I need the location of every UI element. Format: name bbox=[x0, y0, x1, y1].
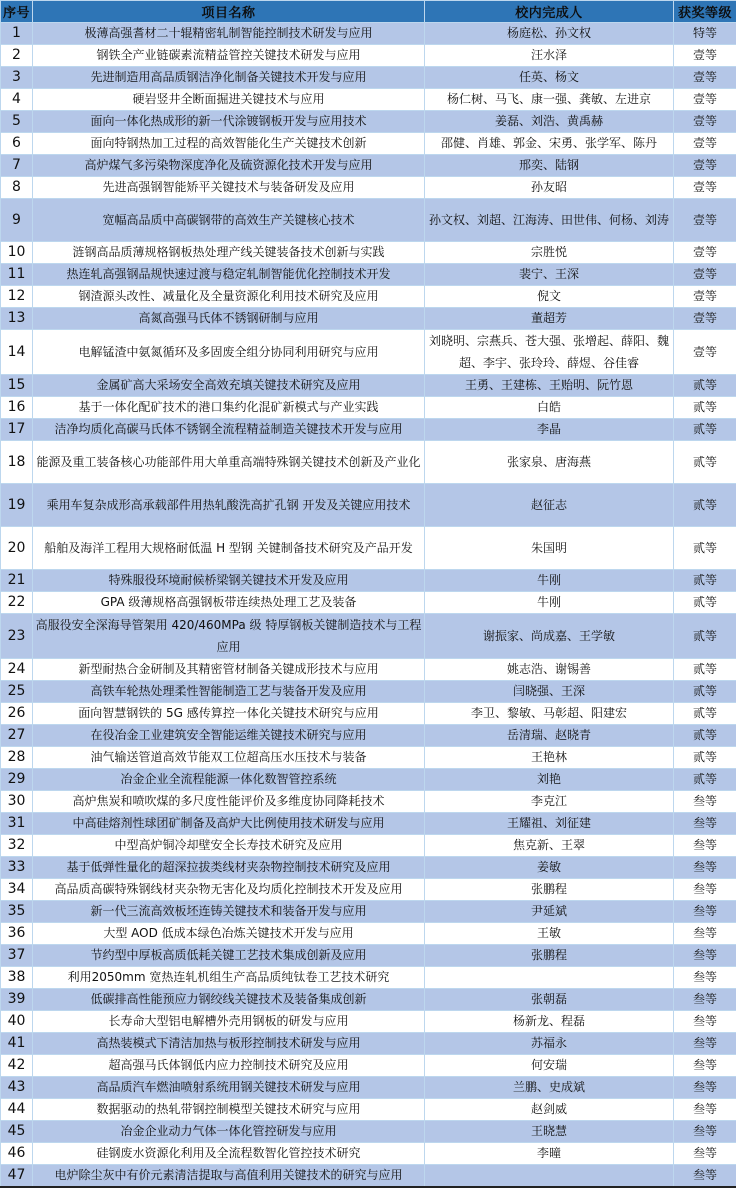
cell-project-name: GPA 级薄规格高强钢板带连续热处理工艺及装备 bbox=[33, 592, 425, 614]
cell-project-name: 高服役安全深海导管架用 420/460MPa 级 特厚钢板关键制造技术与工程应用 bbox=[33, 614, 425, 659]
cell-award-level: 贰等 bbox=[674, 747, 736, 769]
cell-completers: 王艳林 bbox=[425, 747, 674, 769]
table-body: 1极薄高强耆材二十辊精密轧制智能控制技术研发与应用杨庭松、孙文权特等2钢铁全产业… bbox=[1, 23, 736, 1188]
cell-no: 37 bbox=[1, 945, 33, 967]
table-row: 29冶金企业全流程能源一体化数智管控系统刘艳贰等 bbox=[1, 769, 736, 791]
cell-project-name: 面向智慧钢铁的 5G 感传算控一体化关键技术研究与应用 bbox=[33, 703, 425, 725]
table-row: 34高品质高碳特殊钢线材夹杂物无害化及均质化控制技术开发及应用张鹏程叁等 bbox=[1, 879, 736, 901]
cell-completers: 邵健、肖雄、郭金、宋勇、张学军、陈丹 bbox=[425, 133, 674, 155]
cell-completers: 白皓 bbox=[425, 397, 674, 419]
cell-no: 16 bbox=[1, 397, 33, 419]
cell-award-level: 壹等 bbox=[674, 155, 736, 177]
cell-award-level: 特等 bbox=[674, 23, 736, 45]
cell-no: 3 bbox=[1, 67, 33, 89]
cell-no: 31 bbox=[1, 813, 33, 835]
table-row: 1极薄高强耆材二十辊精密轧制智能控制技术研发与应用杨庭松、孙文权特等 bbox=[1, 23, 736, 45]
cell-award-level: 贰等 bbox=[674, 484, 736, 527]
cell-award-level: 贰等 bbox=[674, 397, 736, 419]
cell-award-level: 叁等 bbox=[674, 1055, 736, 1077]
table-row: 17洁净均质化高碳马氏体不锈钢全流程精益制造关键技术开发与应用李晶贰等 bbox=[1, 419, 736, 441]
cell-project-name: 洁净均质化高碳马氏体不锈钢全流程精益制造关键技术开发与应用 bbox=[33, 419, 425, 441]
cell-completers: 张家泉、唐海燕 bbox=[425, 441, 674, 484]
cell-no: 8 bbox=[1, 177, 33, 199]
header-no: 序号 bbox=[1, 1, 33, 23]
cell-project-name: 高品质高碳特殊钢线材夹杂物无害化及均质化控制技术开发及应用 bbox=[33, 879, 425, 901]
cell-completers: 牛刚 bbox=[425, 570, 674, 592]
cell-completers: 任英、杨文 bbox=[425, 67, 674, 89]
cell-no: 5 bbox=[1, 111, 33, 133]
table-row: 5面向一体化热成形的新一代涂镀钢板开发与应用技术姜磊、刘浩、黄禹赫壹等 bbox=[1, 111, 736, 133]
cell-project-name: 面向特钢热加工过程的高效智能化生产关键技术创新 bbox=[33, 133, 425, 155]
cell-no: 13 bbox=[1, 308, 33, 330]
cell-completers: 汪水泽 bbox=[425, 45, 674, 67]
cell-completers: 赵剑威 bbox=[425, 1099, 674, 1121]
table-row: 20船舶及海洋工程用大规格耐低温 H 型钢 关键制备技术研究及产品开发朱国明贰等 bbox=[1, 527, 736, 570]
cell-completers: 焦克新、王翠 bbox=[425, 835, 674, 857]
header-name: 项目名称 bbox=[33, 1, 425, 23]
cell-no: 30 bbox=[1, 791, 33, 813]
table-row: 7高炉煤气多污染物深度净化及硫资源化技术开发与应用邢奕、陆钢壹等 bbox=[1, 155, 736, 177]
cell-completers: 刘晓明、宗燕兵、苍大强、张增起、薛阳、魏超、李宇、张玲玲、薛煜、谷佳睿 bbox=[425, 330, 674, 375]
table-row: 31中高硅熔剂性球团矿制备及高炉大比例使用技术研发与应用王耀祖、刘征建叁等 bbox=[1, 813, 736, 835]
cell-project-name: 极薄高强耆材二十辊精密轧制智能控制技术研发与应用 bbox=[33, 23, 425, 45]
table-row: 26面向智慧钢铁的 5G 感传算控一体化关键技术研究与应用李卫、黎敏、马彰超、阳… bbox=[1, 703, 736, 725]
cell-award-level: 叁等 bbox=[674, 923, 736, 945]
cell-project-name: 硬岩竖井全断面掘进关键技术与应用 bbox=[33, 89, 425, 111]
cell-completers: 尹延斌 bbox=[425, 901, 674, 923]
cell-project-name: 节约型中厚板高质低耗关键工艺技术集成创新及应用 bbox=[33, 945, 425, 967]
table-row: 38利用2050mm 宽热连轧机组生产高品质纯钛卷工艺技术研究叁等 bbox=[1, 967, 736, 989]
cell-completers bbox=[425, 1165, 674, 1188]
cell-no: 24 bbox=[1, 659, 33, 681]
cell-completers: 谢振家、尚成嘉、王学敏 bbox=[425, 614, 674, 659]
cell-completers: 张鹏程 bbox=[425, 945, 674, 967]
cell-project-name: 面向一体化热成形的新一代涂镀钢板开发与应用技术 bbox=[33, 111, 425, 133]
cell-project-name: 利用2050mm 宽热连轧机组生产高品质纯钛卷工艺技术研究 bbox=[33, 967, 425, 989]
cell-completers: 李曈 bbox=[425, 1143, 674, 1165]
cell-award-level: 壹等 bbox=[674, 45, 736, 67]
table-row: 36大型 AOD 低成本绿色冶炼关键技术开发与应用王敏叁等 bbox=[1, 923, 736, 945]
cell-award-level: 贰等 bbox=[674, 703, 736, 725]
cell-completers: 何安瑞 bbox=[425, 1055, 674, 1077]
cell-completers: 宗胜悦 bbox=[425, 242, 674, 264]
table-row: 37节约型中厚板高质低耗关键工艺技术集成创新及应用张鹏程叁等 bbox=[1, 945, 736, 967]
cell-no: 36 bbox=[1, 923, 33, 945]
cell-completers: 倪文 bbox=[425, 286, 674, 308]
cell-completers: 王耀祖、刘征建 bbox=[425, 813, 674, 835]
cell-no: 44 bbox=[1, 1099, 33, 1121]
cell-completers: 王晓慧 bbox=[425, 1121, 674, 1143]
cell-project-name: 低碳排高性能预应力钢绞线关键技术及装备集成创新 bbox=[33, 989, 425, 1011]
cell-award-level: 壹等 bbox=[674, 308, 736, 330]
table-row: 42超高强马氏体钢低内应力控制技术研究及应用何安瑞叁等 bbox=[1, 1055, 736, 1077]
cell-no: 11 bbox=[1, 264, 33, 286]
table-row: 45冶金企业动力气体一体化管控研发与应用王晓慧叁等 bbox=[1, 1121, 736, 1143]
cell-project-name: 冶金企业动力气体一体化管控研发与应用 bbox=[33, 1121, 425, 1143]
table-row: 8先进高强钢智能矫平关键技术与装备研发及应用孙友昭壹等 bbox=[1, 177, 736, 199]
cell-project-name: 高炉焦炭和喷吹煤的多尺度性能评价及多维度协同降耗技术 bbox=[33, 791, 425, 813]
cell-award-level: 叁等 bbox=[674, 1099, 736, 1121]
cell-project-name: 大型 AOD 低成本绿色冶炼关键技术开发与应用 bbox=[33, 923, 425, 945]
cell-no: 35 bbox=[1, 901, 33, 923]
cell-project-name: 电炉除尘灰中有价元素清洁提取与高值利用关键技术的研究与应用 bbox=[33, 1165, 425, 1188]
cell-completers: 姚志浩、谢锡善 bbox=[425, 659, 674, 681]
cell-award-level: 贰等 bbox=[674, 570, 736, 592]
table-row: 41高热装模式下清洁加热与板形控制技术研发与应用苏福永叁等 bbox=[1, 1033, 736, 1055]
cell-project-name: 涟钢高品质薄规格钢板热处理产线关键装备技术创新与实践 bbox=[33, 242, 425, 264]
table-row: 11热连轧高强钢品规快速过渡与稳定轧制智能优化控制技术开发裴宁、王深壹等 bbox=[1, 264, 736, 286]
cell-no: 45 bbox=[1, 1121, 33, 1143]
table-row: 10涟钢高品质薄规格钢板热处理产线关键装备技术创新与实践宗胜悦壹等 bbox=[1, 242, 736, 264]
cell-award-level: 叁等 bbox=[674, 1121, 736, 1143]
cell-award-level: 叁等 bbox=[674, 901, 736, 923]
cell-project-name: 数据驱动的热轧带钢控制模型关键技术研究与应用 bbox=[33, 1099, 425, 1121]
cell-completers: 张鹏程 bbox=[425, 879, 674, 901]
table-row: 28油气输送管道高效节能双工位超高压水压技术与装备王艳林贰等 bbox=[1, 747, 736, 769]
cell-completers: 杨仁树、马飞、康一强、龚敏、左进京 bbox=[425, 89, 674, 111]
header-people: 校内完成人 bbox=[425, 1, 674, 23]
cell-award-level: 叁等 bbox=[674, 879, 736, 901]
cell-completers: 裴宁、王深 bbox=[425, 264, 674, 286]
cell-no: 1 bbox=[1, 23, 33, 45]
cell-award-level: 壹等 bbox=[674, 242, 736, 264]
cell-project-name: 热连轧高强钢品规快速过渡与稳定轧制智能优化控制技术开发 bbox=[33, 264, 425, 286]
cell-no: 22 bbox=[1, 592, 33, 614]
cell-no: 33 bbox=[1, 857, 33, 879]
cell-award-level: 贰等 bbox=[674, 725, 736, 747]
cell-completers: 李克江 bbox=[425, 791, 674, 813]
cell-project-name: 乘用车复杂成形高承载部件用热轧酸洗高扩孔钢 开发及关键应用技术 bbox=[33, 484, 425, 527]
cell-award-level: 贰等 bbox=[674, 769, 736, 791]
table-row: 22GPA 级薄规格高强钢板带连续热处理工艺及装备牛刚贰等 bbox=[1, 592, 736, 614]
cell-completers: 杨新龙、程磊 bbox=[425, 1011, 674, 1033]
cell-no: 19 bbox=[1, 484, 33, 527]
cell-award-level: 叁等 bbox=[674, 857, 736, 879]
cell-no: 43 bbox=[1, 1077, 33, 1099]
table-row: 2钢铁全产业链碳素流精益管控关键技术研发与应用汪水泽壹等 bbox=[1, 45, 736, 67]
cell-award-level: 壹等 bbox=[674, 330, 736, 375]
cell-award-level: 叁等 bbox=[674, 1011, 736, 1033]
cell-project-name: 基于一体化配矿技术的港口集约化混矿新模式与产业实践 bbox=[33, 397, 425, 419]
cell-no: 26 bbox=[1, 703, 33, 725]
cell-project-name: 先进高强钢智能矫平关键技术与装备研发及应用 bbox=[33, 177, 425, 199]
cell-award-level: 壹等 bbox=[674, 111, 736, 133]
cell-project-name: 先进制造用高品质钢洁净化制备关键技术开发与应用 bbox=[33, 67, 425, 89]
cell-award-level: 壹等 bbox=[674, 264, 736, 286]
cell-award-level: 叁等 bbox=[674, 1077, 736, 1099]
cell-award-level: 壹等 bbox=[674, 199, 736, 242]
cell-no: 27 bbox=[1, 725, 33, 747]
cell-award-level: 贰等 bbox=[674, 441, 736, 484]
cell-completers bbox=[425, 967, 674, 989]
table-row: 9宽幅高品质中高碳钢带的高效生产关键核心技术孙文权、刘超、江海涛、田世伟、何杨、… bbox=[1, 199, 736, 242]
cell-no: 40 bbox=[1, 1011, 33, 1033]
cell-project-name: 能源及重工装备核心功能部件用大单重高端特殊钢关键技术创新及产业化 bbox=[33, 441, 425, 484]
awards-table: 序号 项目名称 校内完成人 获奖等级 1极薄高强耆材二十辊精密轧制智能控制技术研… bbox=[0, 0, 736, 1188]
cell-award-level: 壹等 bbox=[674, 67, 736, 89]
cell-project-name: 冶金企业全流程能源一体化数智管控系统 bbox=[33, 769, 425, 791]
table-row: 12钢渣源头改性、减量化及全量资源化利用技术研究及应用倪文壹等 bbox=[1, 286, 736, 308]
cell-project-name: 钢铁全产业链碳素流精益管控关键技术研发与应用 bbox=[33, 45, 425, 67]
cell-completers: 闫晓强、王深 bbox=[425, 681, 674, 703]
cell-completers: 岳清瑞、赵晓青 bbox=[425, 725, 674, 747]
cell-award-level: 叁等 bbox=[674, 1143, 736, 1165]
table-row: 39低碳排高性能预应力钢绞线关键技术及装备集成创新张朝磊叁等 bbox=[1, 989, 736, 1011]
cell-no: 23 bbox=[1, 614, 33, 659]
cell-award-level: 叁等 bbox=[674, 989, 736, 1011]
cell-project-name: 特殊服役环境耐候桥梁钢关键技术开发及应用 bbox=[33, 570, 425, 592]
cell-no: 32 bbox=[1, 835, 33, 857]
cell-award-level: 叁等 bbox=[674, 835, 736, 857]
cell-award-level: 叁等 bbox=[674, 1033, 736, 1055]
table-row: 44数据驱动的热轧带钢控制模型关键技术研究与应用赵剑威叁等 bbox=[1, 1099, 736, 1121]
cell-no: 14 bbox=[1, 330, 33, 375]
cell-no: 28 bbox=[1, 747, 33, 769]
table-row: 27在役冶金工业建筑安全智能运维关键技术研究与应用岳清瑞、赵晓青贰等 bbox=[1, 725, 736, 747]
cell-no: 29 bbox=[1, 769, 33, 791]
header-level: 获奖等级 bbox=[674, 1, 736, 23]
cell-no: 6 bbox=[1, 133, 33, 155]
cell-award-level: 贰等 bbox=[674, 419, 736, 441]
cell-completers: 苏福永 bbox=[425, 1033, 674, 1055]
cell-award-level: 壹等 bbox=[674, 177, 736, 199]
cell-award-level: 叁等 bbox=[674, 813, 736, 835]
table-row: 32中型高炉铜冷却壁安全长寿技术研究及应用焦克新、王翠叁等 bbox=[1, 835, 736, 857]
cell-award-level: 叁等 bbox=[674, 945, 736, 967]
cell-no: 39 bbox=[1, 989, 33, 1011]
table-row: 35新一代三流高效板坯连铸关键技术和装备开发与应用尹延斌叁等 bbox=[1, 901, 736, 923]
cell-completers: 张朝磊 bbox=[425, 989, 674, 1011]
cell-no: 4 bbox=[1, 89, 33, 111]
table-row: 6面向特钢热加工过程的高效智能化生产关键技术创新邵健、肖雄、郭金、宋勇、张学军、… bbox=[1, 133, 736, 155]
cell-no: 10 bbox=[1, 242, 33, 264]
cell-project-name: 基于低弹性量化的超深拉拔类线材夹杂物控制技术研究及应用 bbox=[33, 857, 425, 879]
cell-completers: 李卫、黎敏、马彰超、阳建宏 bbox=[425, 703, 674, 725]
cell-no: 7 bbox=[1, 155, 33, 177]
cell-award-level: 叁等 bbox=[674, 967, 736, 989]
cell-project-name: 高氮高强马氏体不锈钢研制与应用 bbox=[33, 308, 425, 330]
cell-completers: 王敏 bbox=[425, 923, 674, 945]
cell-project-name: 宽幅高品质中高碳钢带的高效生产关键核心技术 bbox=[33, 199, 425, 242]
cell-completers: 董超芳 bbox=[425, 308, 674, 330]
cell-no: 42 bbox=[1, 1055, 33, 1077]
table-row: 43高品质汽车燃油喷射系统用钢关键技术研发与应用兰鹏、史成斌叁等 bbox=[1, 1077, 736, 1099]
cell-no: 21 bbox=[1, 570, 33, 592]
cell-project-name: 船舶及海洋工程用大规格耐低温 H 型钢 关键制备技术研究及产品开发 bbox=[33, 527, 425, 570]
table-row: 4硬岩竖井全断面掘进关键技术与应用杨仁树、马飞、康一强、龚敏、左进京壹等 bbox=[1, 89, 736, 111]
cell-completers: 姜敏 bbox=[425, 857, 674, 879]
cell-award-level: 叁等 bbox=[674, 791, 736, 813]
cell-project-name: 长寿命大型铝电解槽外壳用钢板的研发与应用 bbox=[33, 1011, 425, 1033]
header-row: 序号 项目名称 校内完成人 获奖等级 bbox=[1, 1, 736, 23]
cell-award-level: 贰等 bbox=[674, 592, 736, 614]
cell-project-name: 高炉煤气多污染物深度净化及硫资源化技术开发与应用 bbox=[33, 155, 425, 177]
cell-award-level: 贰等 bbox=[674, 614, 736, 659]
cell-award-level: 叁等 bbox=[674, 1165, 736, 1188]
table-row: 24新型耐热合金研制及其精密管材制备关键成形技术与应用姚志浩、谢锡善贰等 bbox=[1, 659, 736, 681]
table-row: 25高铁车轮热处理柔性智能制造工艺与装备开发及应用闫晓强、王深贰等 bbox=[1, 681, 736, 703]
cell-no: 12 bbox=[1, 286, 33, 308]
cell-no: 41 bbox=[1, 1033, 33, 1055]
cell-award-level: 壹等 bbox=[674, 133, 736, 155]
table-row: 19乘用车复杂成形高承载部件用热轧酸洗高扩孔钢 开发及关键应用技术赵征志贰等 bbox=[1, 484, 736, 527]
cell-completers: 孙文权、刘超、江海涛、田世伟、何杨、刘涛 bbox=[425, 199, 674, 242]
table-row: 30高炉焦炭和喷吹煤的多尺度性能评价及多维度协同降耗技术李克江叁等 bbox=[1, 791, 736, 813]
cell-no: 20 bbox=[1, 527, 33, 570]
table-row: 15金属矿高大采场安全高效充填关键技术研究及应用王勇、王建栋、王贻明、阮竹恩贰等 bbox=[1, 375, 736, 397]
cell-award-level: 贰等 bbox=[674, 659, 736, 681]
cell-completers: 赵征志 bbox=[425, 484, 674, 527]
table-row: 40长寿命大型铝电解槽外壳用钢板的研发与应用杨新龙、程磊叁等 bbox=[1, 1011, 736, 1033]
cell-no: 9 bbox=[1, 199, 33, 242]
table-row: 16基于一体化配矿技术的港口集约化混矿新模式与产业实践白皓贰等 bbox=[1, 397, 736, 419]
cell-award-level: 壹等 bbox=[674, 89, 736, 111]
cell-project-name: 高品质汽车燃油喷射系统用钢关键技术研发与应用 bbox=[33, 1077, 425, 1099]
cell-project-name: 硅钢废水资源化利用及全流程数智化管控技术研究 bbox=[33, 1143, 425, 1165]
cell-no: 15 bbox=[1, 375, 33, 397]
cell-completers: 姜磊、刘浩、黄禹赫 bbox=[425, 111, 674, 133]
cell-project-name: 油气输送管道高效节能双工位超高压水压技术与装备 bbox=[33, 747, 425, 769]
cell-no: 38 bbox=[1, 967, 33, 989]
cell-no: 25 bbox=[1, 681, 33, 703]
cell-project-name: 在役冶金工业建筑安全智能运维关键技术研究与应用 bbox=[33, 725, 425, 747]
cell-project-name: 新一代三流高效板坯连铸关键技术和装备开发与应用 bbox=[33, 901, 425, 923]
cell-award-level: 贰等 bbox=[674, 527, 736, 570]
cell-project-name: 钢渣源头改性、减量化及全量资源化利用技术研究及应用 bbox=[33, 286, 425, 308]
cell-project-name: 中型高炉铜冷却壁安全长寿技术研究及应用 bbox=[33, 835, 425, 857]
cell-completers: 王勇、王建栋、王贻明、阮竹恩 bbox=[425, 375, 674, 397]
cell-no: 18 bbox=[1, 441, 33, 484]
cell-award-level: 贰等 bbox=[674, 681, 736, 703]
table-row: 3先进制造用高品质钢洁净化制备关键技术开发与应用任英、杨文壹等 bbox=[1, 67, 736, 89]
cell-no: 2 bbox=[1, 45, 33, 67]
cell-project-name: 电解锰渣中氨氮循环及多固废全组分协同利用研究与应用 bbox=[33, 330, 425, 375]
cell-project-name: 高铁车轮热处理柔性智能制造工艺与装备开发及应用 bbox=[33, 681, 425, 703]
cell-no: 46 bbox=[1, 1143, 33, 1165]
cell-project-name: 新型耐热合金研制及其精密管材制备关键成形技术与应用 bbox=[33, 659, 425, 681]
table-row: 23高服役安全深海导管架用 420/460MPa 级 特厚钢板关键制造技术与工程… bbox=[1, 614, 736, 659]
table-row: 18能源及重工装备核心功能部件用大单重高端特殊钢关键技术创新及产业化张家泉、唐海… bbox=[1, 441, 736, 484]
cell-completers: 刘艳 bbox=[425, 769, 674, 791]
cell-award-level: 壹等 bbox=[674, 286, 736, 308]
table-row: 21特殊服役环境耐候桥梁钢关键技术开发及应用牛刚贰等 bbox=[1, 570, 736, 592]
cell-no: 34 bbox=[1, 879, 33, 901]
table-row: 14电解锰渣中氨氮循环及多固废全组分协同利用研究与应用刘晓明、宗燕兵、苍大强、张… bbox=[1, 330, 736, 375]
cell-completers: 杨庭松、孙文权 bbox=[425, 23, 674, 45]
cell-project-name: 高热装模式下清洁加热与板形控制技术研发与应用 bbox=[33, 1033, 425, 1055]
cell-completers: 兰鹏、史成斌 bbox=[425, 1077, 674, 1099]
table-row: 46硅钢废水资源化利用及全流程数智化管控技术研究李曈叁等 bbox=[1, 1143, 736, 1165]
table-row: 47电炉除尘灰中有价元素清洁提取与高值利用关键技术的研究与应用叁等 bbox=[1, 1165, 736, 1188]
cell-completers: 朱国明 bbox=[425, 527, 674, 570]
cell-award-level: 贰等 bbox=[674, 375, 736, 397]
cell-completers: 李晶 bbox=[425, 419, 674, 441]
cell-project-name: 中高硅熔剂性球团矿制备及高炉大比例使用技术研发与应用 bbox=[33, 813, 425, 835]
cell-completers: 邢奕、陆钢 bbox=[425, 155, 674, 177]
cell-no: 17 bbox=[1, 419, 33, 441]
table-row: 33基于低弹性量化的超深拉拔类线材夹杂物控制技术研究及应用姜敏叁等 bbox=[1, 857, 736, 879]
cell-project-name: 金属矿高大采场安全高效充填关键技术研究及应用 bbox=[33, 375, 425, 397]
cell-completers: 牛刚 bbox=[425, 592, 674, 614]
cell-completers: 孙友昭 bbox=[425, 177, 674, 199]
cell-no: 47 bbox=[1, 1165, 33, 1188]
cell-project-name: 超高强马氏体钢低内应力控制技术研究及应用 bbox=[33, 1055, 425, 1077]
table-row: 13高氮高强马氏体不锈钢研制与应用董超芳壹等 bbox=[1, 308, 736, 330]
